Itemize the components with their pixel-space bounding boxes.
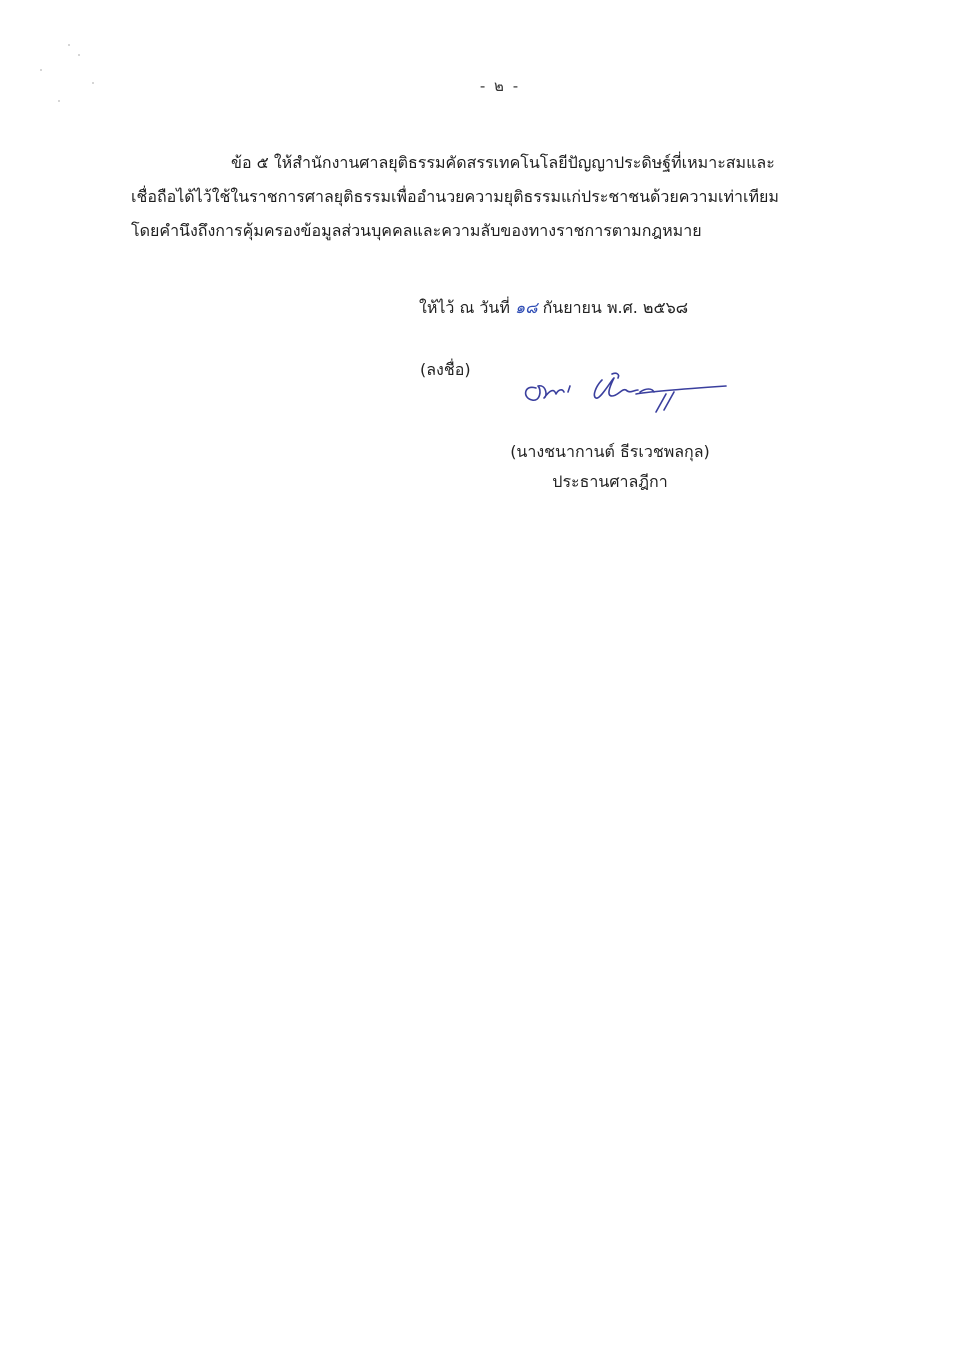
given-day: ๑๘ [515, 298, 538, 317]
signature-mark-icon [518, 368, 728, 418]
scan-artifact [78, 54, 80, 56]
sign-label: (ลงชื่อ) [420, 358, 471, 383]
given-month-year: กันยายน พ.ศ. ๒๕๖๘ [543, 298, 689, 317]
given-date-line: ให้ไว้ ณ วันที่ ๑๘ กันยายน พ.ศ. ๒๕๖๘ [419, 296, 688, 321]
clause-line-3: โดยคำนึงถึงการคุ้มครองข้อมูลส่วนบุคคลและ… [131, 214, 869, 248]
clause-line-1: ข้อ ๕ ให้สำนักงานศาลยุติธรรมคัดสรรเทคโนโ… [131, 146, 869, 180]
scan-artifact [68, 44, 70, 46]
clause-5: ข้อ ๕ ให้สำนักงานศาลยุติธรรมคัดสรรเทคโนโ… [131, 146, 869, 248]
clause-line-2: เชื่อถือได้ไว้ใช้ในราชการศาลยุติธรรมเพื่… [131, 180, 869, 214]
scan-artifact [58, 100, 60, 102]
signer-title: ประธานศาลฎีกา [500, 470, 720, 495]
signer-name: (นางชนากานต์ ธีรเวชพลกุล) [500, 440, 720, 465]
clause-paragraph: ข้อ ๕ ให้สำนักงานศาลยุติธรรมคัดสรรเทคโนโ… [131, 146, 869, 248]
given-prefix: ให้ไว้ ณ วันที่ [419, 298, 510, 317]
scan-artifact [40, 69, 42, 71]
page-number: - ๒ - [0, 74, 960, 98]
